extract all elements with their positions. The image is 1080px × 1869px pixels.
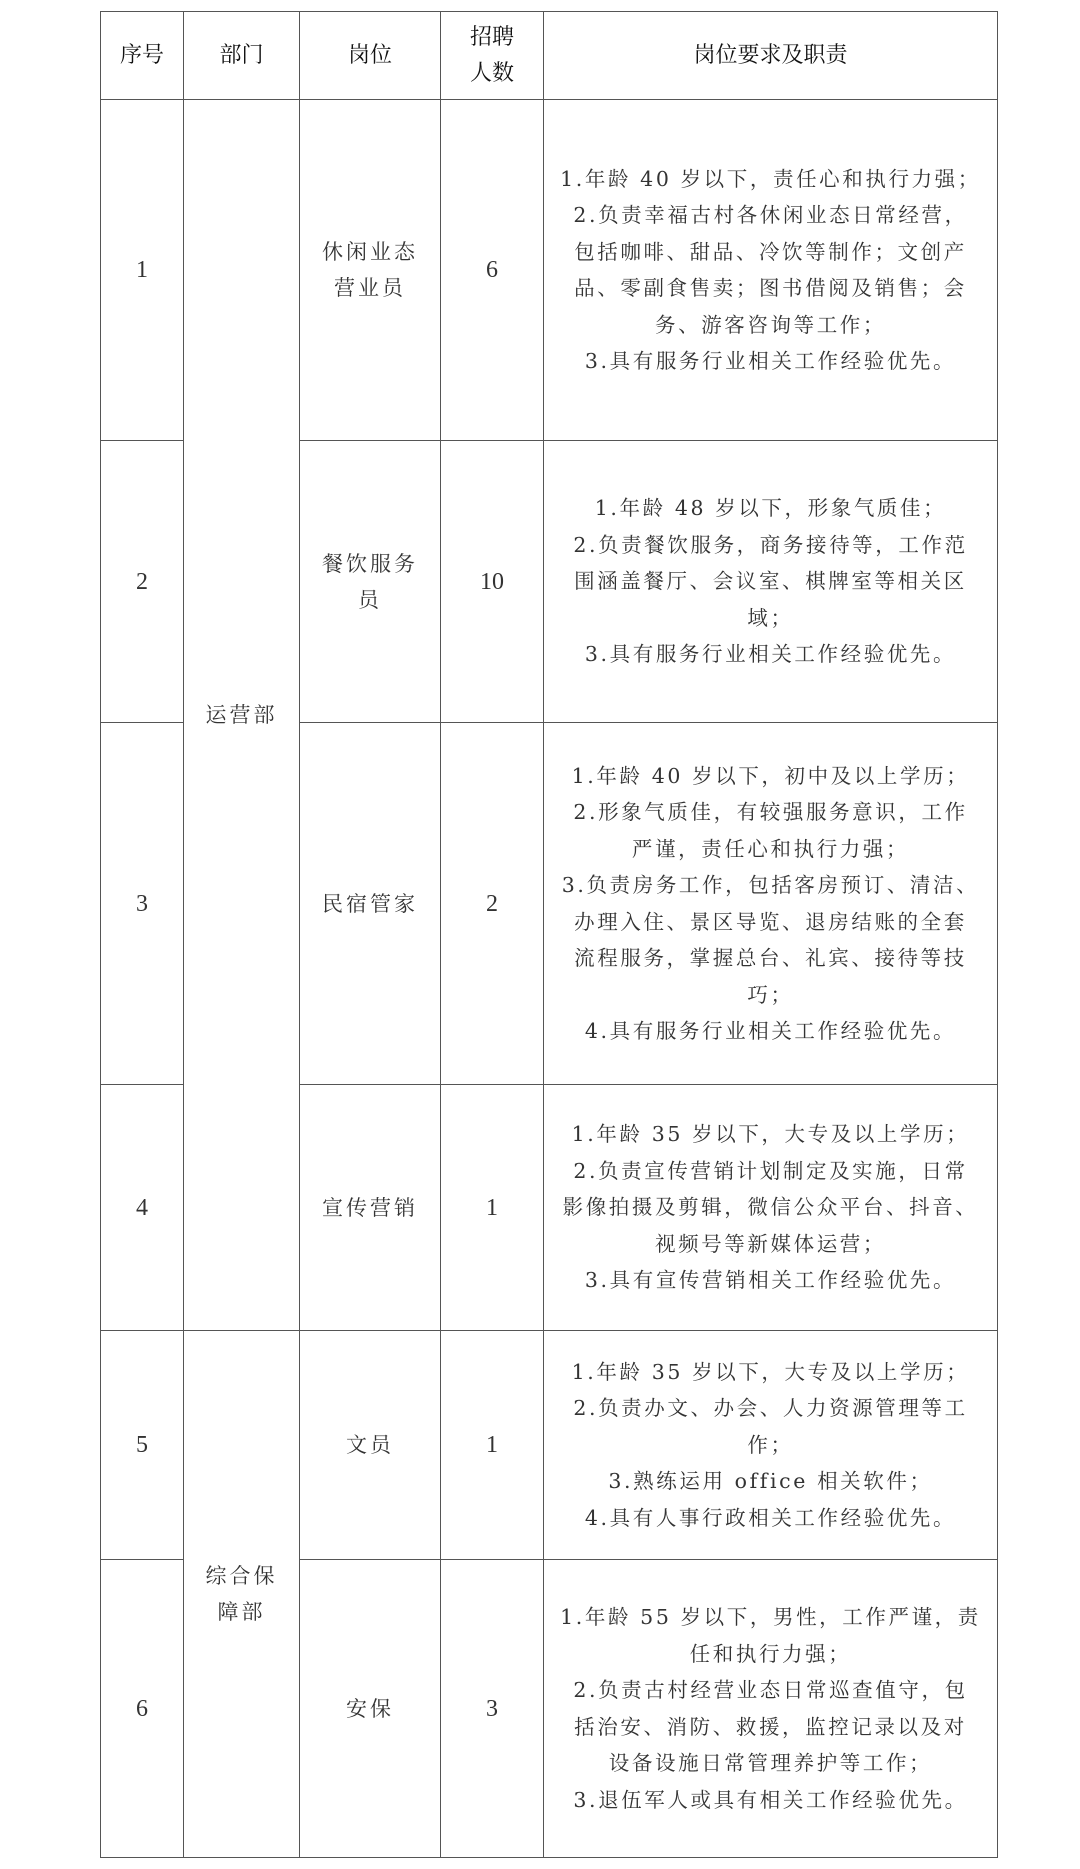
req-line: 3.熟练运用 office 相关软件； bbox=[544, 1463, 997, 1500]
header-requirements: 岗位要求及职责 bbox=[544, 12, 998, 100]
req-line: 1.年龄 35 岁以下，大专及以上学历； bbox=[544, 1116, 997, 1153]
req-line: 1.年龄 55 岁以下，男性，工作严谨，责 bbox=[544, 1599, 997, 1636]
header-count: 招聘 人数 bbox=[441, 12, 544, 100]
req-line: 4.具有人事行政相关工作经验优先。 bbox=[544, 1500, 997, 1537]
req-line: 设备设施日常管理养护等工作； bbox=[544, 1745, 997, 1782]
req-line: 2.负责幸福古村各休闲业态日常经营， bbox=[544, 197, 997, 234]
position-line: 民宿管家 bbox=[300, 886, 440, 922]
cell-position: 餐饮服务 员 bbox=[300, 441, 441, 723]
cell-requirements: 1.年龄 35 岁以下，大专及以上学历； 2.负责办文、办会、人力资源管理等工 … bbox=[544, 1331, 998, 1560]
cell-count: 1 bbox=[441, 1085, 544, 1331]
req-line: 1.年龄 35 岁以下，大专及以上学历； bbox=[544, 1354, 997, 1391]
cell-requirements: 1.年龄 40 岁以下，初中及以上学历； 2.形象气质佳，有较强服务意识，工作 … bbox=[544, 723, 998, 1085]
cell-requirements: 1.年龄 48 岁以下，形象气质佳； 2.负责餐饮服务，商务接待等，工作范 围涵… bbox=[544, 441, 998, 723]
recruitment-table: 序号 部门 岗位 招聘 人数 岗位要求及职责 1 运营部 休闲业态 营业员 6 … bbox=[100, 11, 998, 1858]
cell-seq: 5 bbox=[101, 1331, 184, 1560]
position-line: 营业员 bbox=[300, 270, 440, 306]
cell-position: 安保 bbox=[300, 1560, 441, 1858]
req-line: 3.退伍军人或具有相关工作经验优先。 bbox=[544, 1782, 997, 1819]
cell-position: 民宿管家 bbox=[300, 723, 441, 1085]
req-line: 3.负责房务工作，包括客房预订、清洁、 bbox=[544, 867, 997, 904]
table-row: 1 运营部 休闲业态 营业员 6 1.年龄 40 岁以下，责任心和执行力强； 2… bbox=[101, 100, 998, 441]
position-line: 文员 bbox=[300, 1427, 440, 1463]
cell-count: 3 bbox=[441, 1560, 544, 1858]
req-line: 巧； bbox=[544, 977, 997, 1014]
req-line: 任和执行力强； bbox=[544, 1636, 997, 1673]
req-line: 2.负责办文、办会、人力资源管理等工 bbox=[544, 1390, 997, 1427]
position-line: 休闲业态 bbox=[300, 234, 440, 270]
cell-seq: 3 bbox=[101, 723, 184, 1085]
req-line: 1.年龄 40 岁以下，责任心和执行力强； bbox=[544, 161, 997, 198]
req-line: 1.年龄 48 岁以下，形象气质佳； bbox=[544, 490, 997, 527]
cell-seq: 2 bbox=[101, 441, 184, 723]
cell-count: 10 bbox=[441, 441, 544, 723]
cell-dept-support: 综合保 障部 bbox=[184, 1331, 300, 1858]
position-line: 安保 bbox=[300, 1691, 440, 1727]
req-line: 3.具有宣传营销相关工作经验优先。 bbox=[544, 1262, 997, 1299]
req-line: 品、零副食售卖；图书借阅及销售；会 bbox=[544, 270, 997, 307]
cell-count: 2 bbox=[441, 723, 544, 1085]
cell-seq: 6 bbox=[101, 1560, 184, 1858]
cell-seq: 4 bbox=[101, 1085, 184, 1331]
table-header-row: 序号 部门 岗位 招聘 人数 岗位要求及职责 bbox=[101, 12, 998, 100]
req-line: 务、游客咨询等工作； bbox=[544, 307, 997, 344]
req-line: 视频号等新媒体运营； bbox=[544, 1226, 997, 1263]
cell-position: 宣传营销 bbox=[300, 1085, 441, 1331]
cell-count: 6 bbox=[441, 100, 544, 441]
cell-dept-ops: 运营部 bbox=[184, 100, 300, 1331]
position-line: 餐饮服务 bbox=[300, 546, 440, 582]
req-line: 2.负责古村经营业态日常巡查值守，包 bbox=[544, 1672, 997, 1709]
req-line: 3.具有服务行业相关工作经验优先。 bbox=[544, 636, 997, 673]
position-line: 宣传营销 bbox=[300, 1190, 440, 1226]
cell-requirements: 1.年龄 55 岁以下，男性，工作严谨，责 任和执行力强； 2.负责古村经营业态… bbox=[544, 1560, 998, 1858]
req-line: 2.负责宣传营销计划制定及实施，日常 bbox=[544, 1153, 997, 1190]
req-line: 流程服务，掌握总台、礼宾、接待等技 bbox=[544, 940, 997, 977]
position-line: 员 bbox=[300, 582, 440, 618]
req-line: 括治安、消防、救援，监控记录以及对 bbox=[544, 1709, 997, 1746]
req-line: 包括咖啡、甜品、冷饮等制作；文创产 bbox=[544, 234, 997, 271]
cell-position: 休闲业态 营业员 bbox=[300, 100, 441, 441]
cell-requirements: 1.年龄 35 岁以下，大专及以上学历； 2.负责宣传营销计划制定及实施，日常 … bbox=[544, 1085, 998, 1331]
header-dept: 部门 bbox=[184, 12, 300, 100]
table-row: 5 综合保 障部 文员 1 1.年龄 35 岁以下，大专及以上学历； 2.负责办… bbox=[101, 1331, 998, 1560]
req-line: 域； bbox=[544, 600, 997, 637]
dept-line: 障部 bbox=[184, 1594, 299, 1630]
cell-requirements: 1.年龄 40 岁以下，责任心和执行力强； 2.负责幸福古村各休闲业态日常经营，… bbox=[544, 100, 998, 441]
header-seq: 序号 bbox=[101, 12, 184, 100]
cell-seq: 1 bbox=[101, 100, 184, 441]
dept-line: 综合保 bbox=[184, 1558, 299, 1594]
cell-position: 文员 bbox=[300, 1331, 441, 1560]
req-line: 1.年龄 40 岁以下，初中及以上学历； bbox=[544, 758, 997, 795]
req-line: 办理入住、景区导览、退房结账的全套 bbox=[544, 904, 997, 941]
header-position: 岗位 bbox=[300, 12, 441, 100]
req-line: 2.形象气质佳，有较强服务意识，工作 bbox=[544, 794, 997, 831]
req-line: 围涵盖餐厅、会议室、棋牌室等相关区 bbox=[544, 563, 997, 600]
req-line: 严谨，责任心和执行力强； bbox=[544, 831, 997, 868]
req-line: 作； bbox=[544, 1427, 997, 1464]
req-line: 3.具有服务行业相关工作经验优先。 bbox=[544, 343, 997, 380]
header-count-line2: 人数 bbox=[441, 56, 543, 92]
req-line: 影像拍摄及剪辑，微信公众平台、抖音、 bbox=[544, 1189, 997, 1226]
header-count-line1: 招聘 bbox=[441, 20, 543, 56]
req-line: 4.具有服务行业相关工作经验优先。 bbox=[544, 1013, 997, 1050]
req-line: 2.负责餐饮服务，商务接待等，工作范 bbox=[544, 527, 997, 564]
cell-count: 1 bbox=[441, 1331, 544, 1560]
